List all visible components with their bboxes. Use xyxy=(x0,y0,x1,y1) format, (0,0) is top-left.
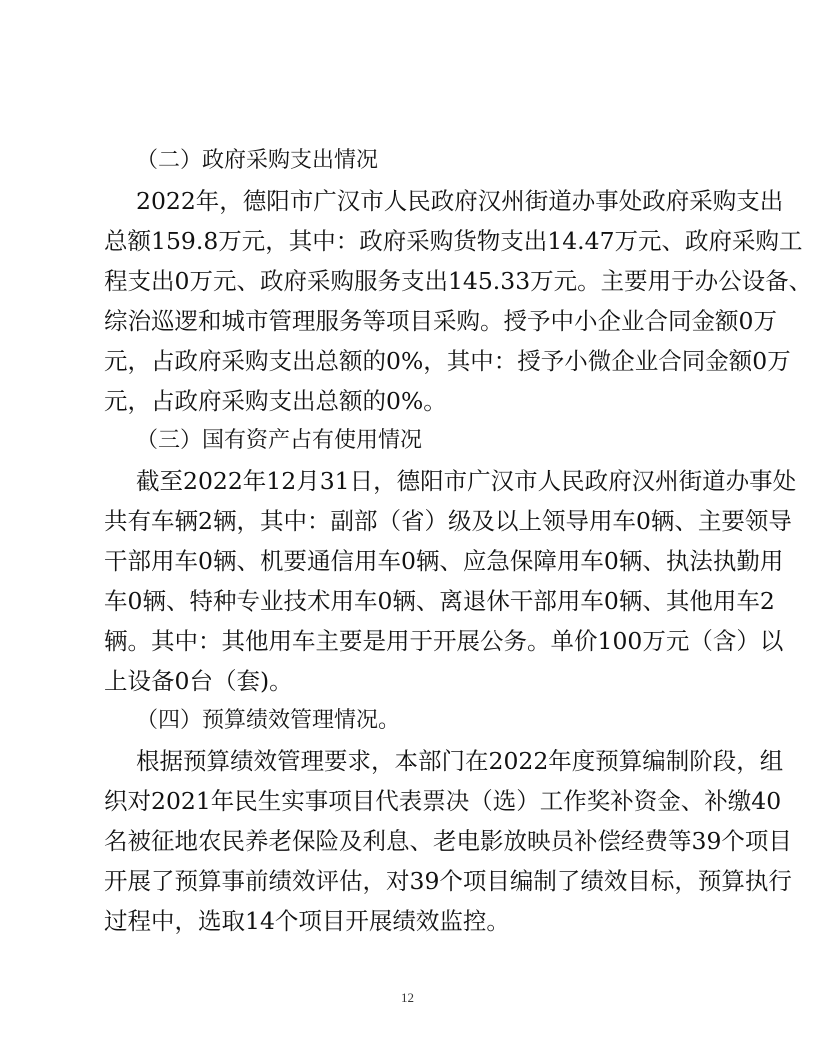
paragraph-line: 干部用车0辆、机要通信用车0辆、应急保障用车0辆、执法执勤用 xyxy=(104,541,718,581)
paragraph-line: 名被征地农民养老保险及利息、老电影放映员补偿经费等39个项目 xyxy=(104,821,718,861)
paragraph-line: 截至2022年12月31日，德阳市广汉市人民政府汉州街道办事处 xyxy=(136,461,718,501)
paragraph-line: 程支出0万元、政府采购服务支出145.33万元。主要用于办公设备、 xyxy=(104,261,718,301)
section-heading-performance: （四）预算绩效管理情况。 xyxy=(136,701,750,741)
paragraph-line: 根据预算绩效管理要求，本部门在2022年度预算编制阶段，组 xyxy=(136,741,718,781)
section-heading-state-assets: （三）国有资产占有使用情况 xyxy=(136,421,750,461)
section-heading-procurement: （二）政府采购支出情况 xyxy=(136,141,750,181)
paragraph-line: 开展了预算事前绩效评估，对39个项目编制了绩效目标，预算执行 xyxy=(104,861,718,901)
paragraph-line: 综治巡逻和城市管理服务等项目采购。授予中小企业合同金额0万 xyxy=(104,301,718,341)
paragraph-line: 共有车辆2辆，其中：副部（省）级及以上领导用车0辆、主要领导 xyxy=(104,501,718,541)
paragraph-line: 2022年，德阳市广汉市人民政府汉州街道办事处政府采购支出 xyxy=(136,181,718,221)
paragraph-line: 织对2021年民生实事项目代表票决（选）工作奖补资金、补缴40 xyxy=(104,781,718,821)
paragraph-line: 过程中，选取14个项目开展绩效监控。 xyxy=(104,901,718,941)
paragraph-line: 辆。其中：其他用车主要是用于开展公务。单价100万元（含）以 xyxy=(104,621,718,661)
document-page: （二）政府采购支出情况 2022年，德阳市广汉市人民政府汉州街道办事处政府采购支… xyxy=(0,0,815,1055)
paragraph-line: 元，占政府采购支出总额的0%，其中：授予小微企业合同金额0万 xyxy=(104,341,718,381)
paragraph-line: 上设备0台（套)。 xyxy=(104,661,718,701)
paragraph-line: 总额159.8万元，其中：政府采购货物支出14.47万元、政府采购工 xyxy=(104,221,718,261)
paragraph-line: 元，占政府采购支出总额的0%。 xyxy=(104,381,718,421)
paragraph-line: 车0辆、特种专业技术用车0辆、离退休干部用车0辆、其他用车2 xyxy=(104,581,718,621)
page-number: 12 xyxy=(0,990,815,1006)
